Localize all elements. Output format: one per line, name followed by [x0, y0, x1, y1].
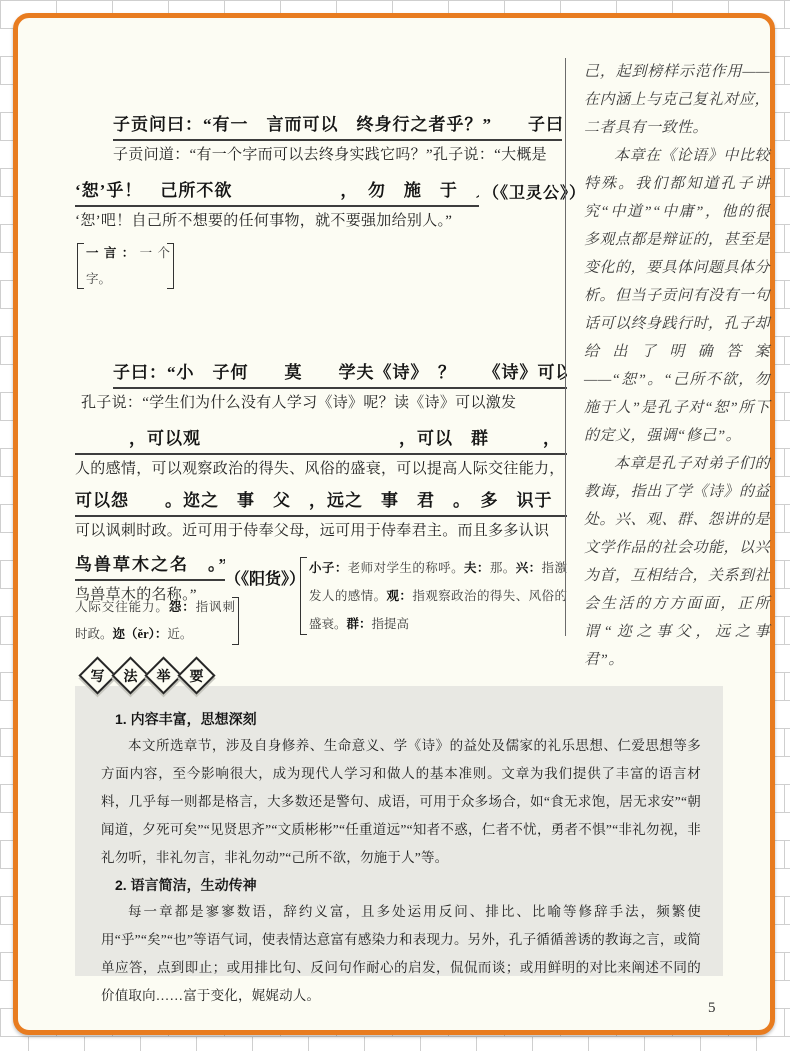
point-body: 每一章都是寥寥数语，辞约义富，且多处运用反问、排比、比喻等修辞手法，频繁使用“乎…	[101, 898, 701, 1010]
source-citation: （《阳货》）	[225, 552, 291, 589]
sidebar-paragraph: 本章是孔子对弟子们的教诲，指出了学《诗》的益处。兴、观、群、怨讲的是文学作品的社…	[584, 450, 770, 674]
section-heading-xiefa-juyao: 写 法 举 要	[80, 662, 210, 689]
textbook-page: { "page_number": "5", "passage1": { "l1"…	[0, 0, 790, 1051]
translation-line: 子贡问道：“有一个字而可以去终身实践它吗？”孔子说：“大概是	[113, 141, 562, 170]
heading-char: 法	[119, 664, 142, 687]
translation-line: 可以讽刺时政。近可用于侍奉父母，远可用于侍奉君主。而且多多认识	[75, 517, 567, 546]
diamond-icon: 要	[177, 656, 215, 694]
sidebar-paragraph: 己，起到榜样示范作用——在内涵上与克己复礼对应，二者具有一致性。	[584, 58, 770, 142]
highlight-panel: 1. 内容丰富，思想深刻 本文所选章节，涉及自身修养、生命意义、学《诗》的益处及…	[75, 686, 723, 976]
sidebar-commentary: 己，起到榜样示范作用——在内涵上与克己复礼对应，二者具有一致性。 本章在《论语》…	[584, 58, 770, 674]
sidebar-divider	[565, 58, 566, 636]
original-line: 子贡问曰：“有一 言而可以 终身行之者乎？” 子曰：“其	[113, 112, 562, 141]
page-frame: 子贡问曰：“有一 言而可以 终身行之者乎？” 子曰：“其 子贡问道：“有一个字而…	[13, 13, 775, 1035]
point-body: 本文所选章节，涉及自身修养、生命意义、学《诗》的益处及儒家的礼乐思想、仁爱思想等…	[101, 732, 701, 872]
passage-weilinggong: 子贡问曰：“有一 言而可以 终身行之者乎？” 子曰：“其 子贡问道：“有一个字而…	[75, 112, 562, 236]
translation-line: 孔子说：“学生们为什么没有人学习《诗》呢？读《诗》可以激发	[81, 389, 567, 418]
translation-line: ‘恕’吧！自己所不想要的任何事物，就不要强加给别人。”	[75, 207, 562, 236]
translation-line: 人的感情，可以观察政治的得失、风俗的盛衰，可以提高人际交往能力，	[75, 455, 567, 484]
heading-char: 要	[185, 664, 208, 687]
heading-char: 写	[86, 664, 109, 687]
point-title: 1. 内容丰富，思想深刻	[115, 706, 701, 732]
original-line: ，可以观 ，可以 群 ，	[75, 426, 567, 455]
original-line: ‘恕’乎！ 己所不欲 ， 勿 施 于 人。”	[75, 178, 479, 207]
original-line: 鸟兽草木之名 。”	[75, 552, 225, 581]
point-title: 2. 语言简洁，生动传神	[115, 872, 701, 898]
original-line: 子曰：“小 子何 莫 学夫《诗》 ？ 《诗》可以兴	[113, 360, 567, 389]
sidebar-paragraph: 本章在《论语》中比较特殊。我们都知道孔子讲究“中道”“中庸”，他的很多观点都是辩…	[584, 142, 770, 450]
inline-note-terms-continued: 人际交往能力。怨：指讽刺时政。迩（ěr）：近。	[75, 594, 235, 648]
inline-note-terms: 小子：老师对学生的称呼。夫：那。兴：指激发人的感情。观：指观察政治的得失、风俗的…	[309, 554, 567, 638]
original-line: 可以怨 。迩之 事 父 ，远之 事 君 。 多 识于	[75, 488, 567, 517]
source-citation: （《卫灵公》）	[483, 180, 586, 203]
inline-note-yiyan: 一言：一个字。	[86, 240, 170, 292]
page-number: 5	[708, 1000, 716, 1017]
heading-char: 举	[152, 664, 175, 687]
